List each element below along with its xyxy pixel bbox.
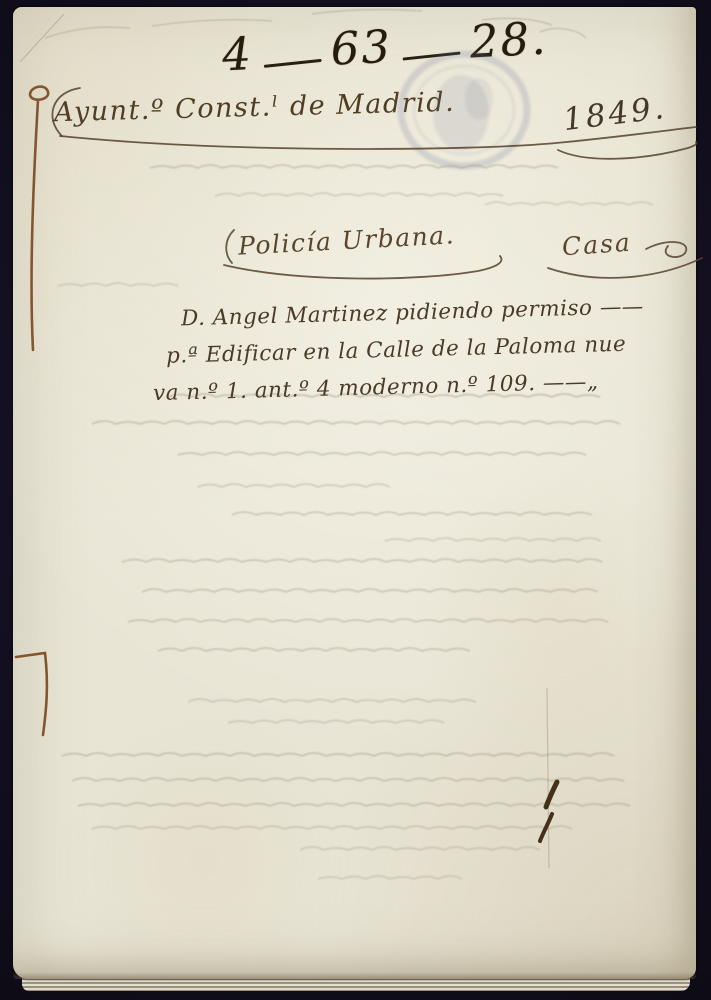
entry-number-first: 4	[221, 27, 254, 82]
dash-connector	[402, 52, 460, 61]
document-page	[13, 7, 696, 979]
scan-background: { "document": { "kind": "Handwritten arc…	[0, 0, 711, 1000]
dash-connector	[263, 59, 321, 68]
entry-number-second: 63	[329, 20, 393, 76]
summary-text: D. Angel Martinez pidiendo permiso —— p.…	[151, 287, 699, 412]
entry-number-third: 28.	[468, 12, 548, 69]
category-label: Casa	[561, 228, 633, 262]
